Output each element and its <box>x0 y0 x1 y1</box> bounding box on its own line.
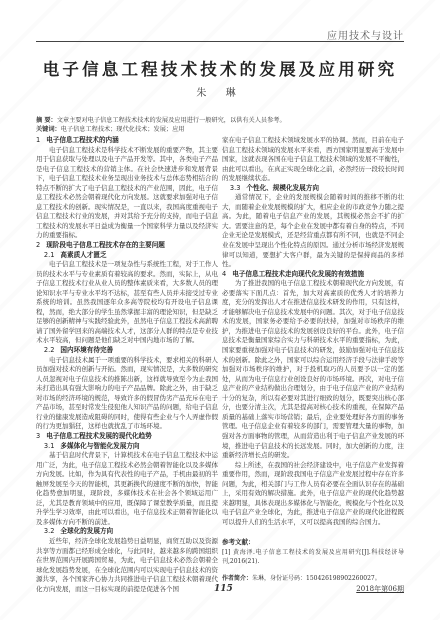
section-title: 全球化的发展方向 <box>60 527 113 535</box>
paragraph: 综上所述，在我国的社会经济建设中，电子信息产业发挥着重要作用，然而，现阶段我国电… <box>222 461 404 528</box>
reference-item: [1] 黄海泽.电子信息工程技术的发展及应用研究[J].科技经济导刊,2016(… <box>222 548 404 566</box>
article-author: 朱 琳 <box>0 84 440 99</box>
paragraph: 电子信息技术属于一项重要的科学技术，要求相关的科研人员加强对技术的创新与开拓。然… <box>36 356 218 432</box>
section-number: 3.1 <box>44 442 55 452</box>
section-title: 个性化、规模化发展方向 <box>246 184 319 192</box>
paragraph: 基于信息时代背景下，计算机技术在电子信息工程技术中运用广泛，为此，电子信息工程技… <box>36 451 218 527</box>
subsection-heading-2-1: 2.1高素质人才匮乏 <box>36 251 218 261</box>
left-column: 1电子信息工程技术的内涵 电子信息工程技术是科学技术不断发展的重要产物，其主要用… <box>36 136 218 594</box>
section-number: 2 <box>36 241 40 251</box>
page-number: 115 <box>214 584 233 594</box>
paragraph: 通常情况下，企业的发展规模会随着时间的推移不断的壮大，而随着企业发展规模的扩大，… <box>222 193 404 269</box>
paragraph: 家在电子信息工程技术领域发展水平的协调。然而，目前在电子信息工程技术领域的发展水… <box>222 136 404 184</box>
keywords: 关键词：电子信息工程技术；现代化技术；发展；应用 <box>36 124 404 133</box>
subsection-heading-3-1: 3.1多媒体化与智能化发展方向 <box>36 442 218 452</box>
section-heading-2: 2现阶段电子信息工程技术存在的主要问题 <box>36 241 218 251</box>
subsection-heading-3-3: 3.3个性化、规模化发展方向 <box>222 184 404 194</box>
right-column: 家在电子信息工程技术领域发展水平的协调。然而，目前在电子信息工程技术领域的发展水… <box>222 136 404 584</box>
paragraph: 近些年，经济全球化发展趋势日益明显，商贸互助以及资源共享等方面都已经形成全球化，… <box>36 537 218 594</box>
abstract: 摘 要：文章主要对电子信息工程技术技术的发展及应用进行一般研究，以供有关人员参考… <box>36 115 404 124</box>
bio-text: 朱琳，身份证号码：150426198902260027。 <box>252 575 381 582</box>
abstract-text: 文章主要对电子信息工程技术技术的发展及应用进行一般研究，以供有关人员参考。 <box>57 117 286 124</box>
section-title: 电子信息工程技术发展的现代化趋势 <box>46 432 152 440</box>
section-number: 2.1 <box>44 251 55 261</box>
issue-label: 2018年第06期 <box>356 584 404 594</box>
keywords-label: 关键词： <box>36 126 61 133</box>
section-number: 4 <box>222 270 226 280</box>
section-title: 国内环境有待完善 <box>60 346 113 354</box>
references-heading: 参考文献： <box>222 538 404 548</box>
section-heading-1: 1电子信息工程技术的内涵 <box>36 136 218 146</box>
abstract-label: 摘 要： <box>36 117 57 124</box>
running-head: 应用技术与设计 <box>327 27 404 42</box>
section-number: 2.2 <box>44 346 55 356</box>
paragraph: 为了推进我国的电子信息工程技术朝着现代化方向发展，有必要落实下面几点：首先，加大… <box>222 279 404 460</box>
header-rule <box>36 41 404 42</box>
subsection-heading-3-2: 3.2全球化的发展方向 <box>36 527 218 537</box>
section-title: 现阶段电子信息工程技术存在的主要问题 <box>46 241 165 249</box>
section-title: 电子信息工程技术的内涵 <box>46 136 119 144</box>
section-heading-3: 3电子信息工程技术发展的现代化趋势 <box>36 432 218 442</box>
author-bio: 作者简介：朱琳，身份证号码：150426198902260027。 <box>222 574 404 584</box>
section-title: 多媒体化与智能化发展方向 <box>60 442 139 450</box>
keywords-text: 电子信息工程技术；现代化技术；发展；应用 <box>61 126 185 133</box>
bio-label: 作者简介： <box>222 575 252 582</box>
section-number: 1 <box>36 136 40 146</box>
paragraph: 电子信息工程技术是科学技术不断发展的重要产物，其主要用于信息获取与处理以及电子产… <box>36 146 218 241</box>
section-title: 高素质人才匮乏 <box>60 251 106 259</box>
section-number: 3.3 <box>230 184 241 194</box>
article-title: 电子信息工程技术技术的发展及应用研究 <box>0 56 440 80</box>
paragraph: 电子信息工程技术是一项复杂性与系统性工程，对于工作人员的技术水平与专业素质有着较… <box>36 260 218 346</box>
subsection-heading-2-2: 2.2国内环境有待完善 <box>36 346 218 356</box>
section-number: 3.2 <box>44 527 55 537</box>
section-number: 3 <box>36 432 40 442</box>
section-heading-4: 4电子信息工程技术走向现代化发展的有效措施 <box>222 270 404 280</box>
section-title: 电子信息工程技术走向现代化发展的有效措施 <box>232 270 364 278</box>
